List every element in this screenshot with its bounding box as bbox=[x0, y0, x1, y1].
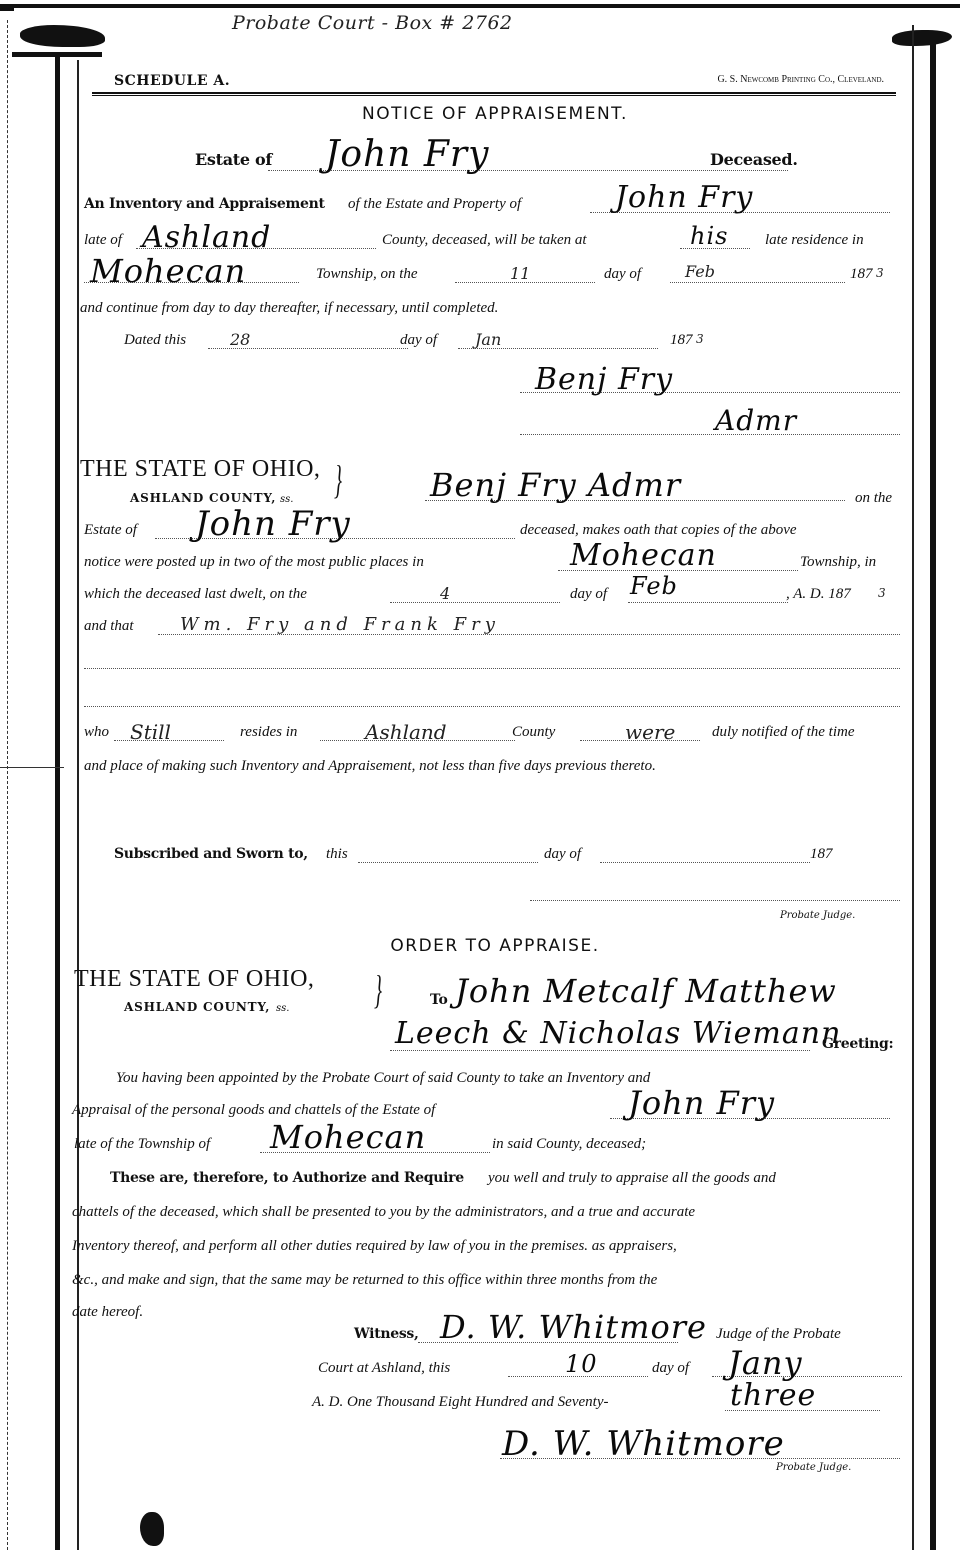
affidavit-month-handwritten: Feb bbox=[630, 572, 678, 600]
greeting-label: Greeting: bbox=[822, 1036, 893, 1052]
order-para2-line3: Inventory thereof, and perform all other… bbox=[72, 1238, 902, 1255]
sworn-month-dotted-line bbox=[600, 862, 810, 863]
order-title: ORDER TO APPRAISE. bbox=[80, 936, 910, 956]
late-of-label: late of bbox=[84, 232, 122, 249]
late-residence-text: late residence in bbox=[765, 232, 864, 249]
document-page: Probate Court - Box # 2762 SCHEDULE A. G… bbox=[80, 0, 910, 1568]
notice-title: NOTICE OF APPRAISEMENT. bbox=[80, 104, 910, 124]
township-text: Township, on the bbox=[316, 266, 418, 283]
pronoun-handwritten: his bbox=[690, 222, 728, 250]
order-para1-line1: You having been appointed by the Probate… bbox=[80, 1070, 910, 1087]
order-para1-text: Appraisal of the personal goods and chat… bbox=[72, 1102, 435, 1119]
county-word-text: County bbox=[512, 724, 555, 741]
page-border-right bbox=[912, 25, 914, 1550]
administrator-title-handwritten: Admr bbox=[715, 404, 797, 437]
who-text: who bbox=[84, 724, 109, 741]
order-deceased-text: in said County, deceased; bbox=[492, 1136, 646, 1153]
binding-edge-left-thin bbox=[7, 20, 8, 1550]
day-of-text: day of bbox=[604, 266, 641, 283]
continue-line: and continue from day to day thereafter,… bbox=[80, 300, 910, 317]
order-township-label: late of the Township of bbox=[74, 1136, 210, 1153]
sworn-blackletter: Subscribed and Sworn to, bbox=[114, 846, 308, 862]
day-handwritten: 11 bbox=[510, 264, 530, 283]
county-handwritten: Ashland bbox=[142, 220, 271, 255]
sworn-this-text: this bbox=[326, 846, 348, 863]
printer-credit: G. S. Newcomb Printing Co., Cleveland. bbox=[717, 74, 884, 85]
judge-final-signature: D. W. Whitmore bbox=[502, 1424, 785, 1464]
judge-signature-dotted-line bbox=[530, 900, 900, 901]
order-estate-name-handwritten: John Fry bbox=[628, 1084, 775, 1122]
dated-year-suffix-handwritten: 3 bbox=[696, 332, 704, 346]
to-label: To bbox=[430, 992, 448, 1008]
ad-year-handwritten: three bbox=[730, 1378, 816, 1413]
court-month-handwritten: Jany bbox=[728, 1344, 803, 1382]
affidavit-day-of-text: day of bbox=[570, 586, 607, 603]
deceased-label: Deceased. bbox=[710, 150, 798, 169]
title-dotted-line bbox=[520, 434, 900, 435]
inventory-blackletter: An Inventory and Appraisement bbox=[84, 196, 325, 212]
brace-icon: } bbox=[334, 456, 342, 503]
order-state-heading: THE STATE OF OHIO, bbox=[74, 966, 314, 993]
dwelt-text: which the deceased last dwelt, on the bbox=[84, 586, 307, 603]
order-township-handwritten: Mohecan bbox=[270, 1118, 426, 1156]
year-suffix-handwritten: 3 bbox=[876, 266, 884, 280]
resides-in-text: resides in bbox=[240, 724, 297, 741]
affidavit-probate-judge-label: Probate Judge. bbox=[780, 910, 855, 921]
affidavit-month-dotted-line bbox=[628, 602, 788, 603]
still-handwritten: Still bbox=[130, 720, 171, 744]
ad-year-text: A. D. One Thousand Eight Hundred and Sev… bbox=[312, 1394, 608, 1411]
sworn-day-dotted-line bbox=[358, 862, 538, 863]
order-para2-line2: chattels of the deceased, which shall be… bbox=[72, 1204, 902, 1221]
schedule-label: SCHEDULE A. bbox=[114, 73, 230, 89]
sworn-day-of-text: day of bbox=[544, 846, 581, 863]
year-prefix: 187 bbox=[850, 266, 873, 283]
archive-annotation: Probate Court - Box # 2762 bbox=[232, 12, 513, 34]
township-handwritten: Mohecan bbox=[90, 252, 246, 290]
binding-edge-right bbox=[930, 35, 936, 1550]
property-of-handwritten: John Fry bbox=[615, 180, 753, 215]
order-brace-icon: } bbox=[374, 966, 382, 1013]
header-double-rule bbox=[92, 92, 896, 96]
court-day-of-text: day of bbox=[652, 1360, 689, 1377]
and-that-text: and that bbox=[84, 618, 134, 635]
witness-signature: D. W. Whitmore bbox=[440, 1308, 707, 1346]
page-border-left bbox=[77, 60, 79, 1550]
dated-year-prefix: 187 bbox=[670, 332, 693, 349]
county-heading: ASHLAND COUNTY, bbox=[130, 491, 276, 505]
authorize-blackletter: These are, therefore, to Authorize and R… bbox=[110, 1170, 464, 1186]
judge-of-text: Judge of the Probate bbox=[716, 1326, 841, 1343]
oath-text: deceased, makes oath that copies of the … bbox=[520, 522, 797, 539]
on-the-text: on the bbox=[855, 490, 892, 507]
resides-county-handwritten: Ashland bbox=[365, 720, 447, 744]
affidavit-day-handwritten: 4 bbox=[440, 584, 450, 603]
county-text: County, deceased, will be taken at bbox=[382, 232, 587, 249]
month-handwritten: Feb bbox=[685, 262, 715, 281]
posted-text: notice were posted up in two of the most… bbox=[84, 554, 424, 571]
court-at-text: Court at Ashland, this bbox=[318, 1360, 450, 1377]
inventory-text: of the Estate and Property of bbox=[348, 196, 521, 213]
dated-day-of-text: day of bbox=[400, 332, 437, 349]
affidavit-township-text: Township, in bbox=[800, 554, 876, 571]
order-para2-line4: &c., and make and sign, that the same ma… bbox=[72, 1272, 902, 1289]
affiant-handwritten: Benj Fry Admr bbox=[430, 466, 681, 504]
notified-persons-handwritten: Wm. Fry and Frank Fry bbox=[180, 614, 500, 635]
affidavit-ad-text: , A. D. 187 bbox=[786, 586, 851, 603]
affidavit-day-dotted-line bbox=[390, 602, 560, 603]
order-ss-label: ss. bbox=[276, 1003, 289, 1014]
margin-tick-mark bbox=[0, 767, 64, 768]
affidavit-township-handwritten: Mohecan bbox=[570, 538, 717, 573]
order-probate-judge-label: Probate Judge. bbox=[776, 1462, 851, 1473]
dated-day-handwritten: 28 bbox=[230, 330, 250, 349]
blank-dotted-line-1 bbox=[84, 668, 900, 669]
court-day-handwritten: 10 bbox=[565, 1350, 598, 1378]
witness-label: Witness, bbox=[354, 1326, 419, 1342]
scan-top-border-tab bbox=[0, 8, 14, 11]
notified-text: duly notified of the time bbox=[712, 724, 854, 741]
affidavit-year-suffix: 3 bbox=[878, 586, 886, 600]
estate-name-handwritten: John Fry bbox=[325, 134, 489, 175]
were-handwritten: were bbox=[625, 720, 675, 744]
order-para2-text-a: you well and truly to appraise all the g… bbox=[488, 1170, 776, 1187]
blank-dotted-line-2 bbox=[84, 706, 900, 707]
dated-label: Dated this bbox=[124, 332, 186, 349]
estate-label: Estate of bbox=[195, 150, 272, 169]
place-line: and place of making such Inventory and A… bbox=[80, 758, 910, 775]
sworn-year-text: 187 bbox=[810, 846, 833, 863]
affidavit-estate-name-handwritten: John Fry bbox=[195, 504, 351, 544]
order-county-heading: ASHLAND COUNTY, bbox=[124, 1000, 270, 1014]
appraisers-line1-handwritten: John Metcalf Matthew bbox=[455, 972, 837, 1010]
state-of-ohio-heading: THE STATE OF OHIO, bbox=[80, 456, 320, 483]
administrator-signature: Benj Fry bbox=[535, 362, 673, 397]
month-dotted-line bbox=[670, 282, 845, 283]
dated-month-handwritten: Jan bbox=[475, 330, 501, 349]
appraisers-line2-handwritten: Leech & Nicholas Wiemann bbox=[395, 1016, 841, 1051]
affidavit-estate-label: Estate of bbox=[84, 522, 137, 539]
binding-edge-left bbox=[55, 55, 60, 1550]
